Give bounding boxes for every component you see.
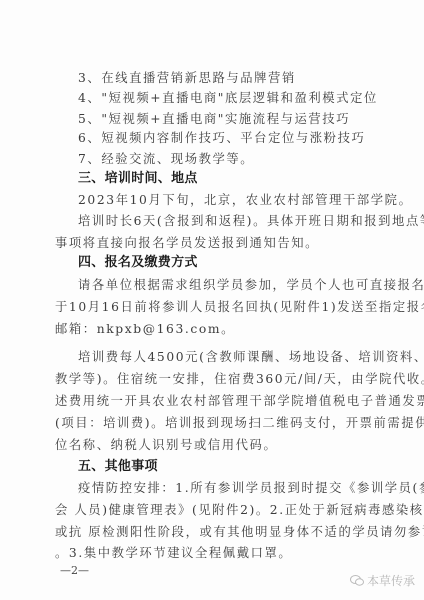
paragraph-line: 述费用统一开具农业农村部管理干部学院增值税电子普通发票 bbox=[55, 393, 424, 409]
list-item: 5、"短视频+直播电商"实施流程与运营技巧 bbox=[78, 111, 350, 127]
paragraph-line: 培训费每人4500元(含教师课酬、场地设备、培训资料、现场 bbox=[78, 349, 424, 365]
email-line: 邮箱：nkpxb@163.com。 bbox=[55, 321, 235, 337]
paragraph-line: 2023年10月下旬，北京，农业农村部管理干部学院。 bbox=[78, 192, 412, 208]
paragraph-line: 会 人员)健康管理表》(见附件2)。2.正处于新冠病毒感染核酸 bbox=[55, 502, 424, 518]
watermark: 本草传承 bbox=[350, 572, 415, 589]
wechat-icon bbox=[350, 575, 364, 586]
paragraph-line: 事项将直接向报名学员发送报到通知告知。 bbox=[55, 235, 319, 251]
paragraph-line: (项目：培训费)。培训报到现场扫二维码支付，开票前需提供单 bbox=[55, 415, 424, 431]
paragraph-line: 请各单位根据需求组织学员参加，学员个人也可直接报名，请 bbox=[78, 277, 424, 293]
paragraph-line: 或抗 原检测阳性阶段，或有其他明显身体不适的学员请勿参训 bbox=[55, 524, 424, 540]
paragraph-line: 。3.集中教学环节建议全程佩戴口罩。 bbox=[55, 545, 292, 561]
list-item: 6、短视频内容制作技巧、平台定位与涨粉技巧 bbox=[78, 130, 365, 146]
list-item: 7、经验交流、现场教学等。 bbox=[78, 151, 254, 167]
section-heading-registration: 四、报名及缴费方式 bbox=[78, 255, 198, 271]
paragraph-line: 教学等)。住宿统一安排，住宿费360元/间/天，由学院代收。上 bbox=[55, 371, 424, 387]
paragraph-line: 培训时长6天(含报到和返程)。具体开班日期和报到地点等 bbox=[78, 213, 424, 229]
watermark-text: 本草传承 bbox=[367, 572, 415, 589]
paragraph-line: 于10月16日前将参训人员报名回执(见附件1)发送至指定报名 bbox=[55, 299, 424, 315]
list-item: 4、"短视频+直播电商"底层逻辑和盈利模式定位 bbox=[78, 90, 378, 106]
paragraph-line: 疫情防控安排：1.所有参训学员报到时提交《参训学员(参 bbox=[78, 480, 424, 496]
list-item: 3、在线直播营销新思路与品牌营销 bbox=[78, 70, 296, 86]
section-heading-other: 五、其他事项 bbox=[78, 459, 158, 475]
section-heading-training-time: 三、培训时间、地点 bbox=[78, 171, 198, 187]
paragraph-line: 位名称、纳税人识别号或信用代码。 bbox=[55, 437, 277, 453]
page-number: —2— bbox=[60, 564, 89, 577]
